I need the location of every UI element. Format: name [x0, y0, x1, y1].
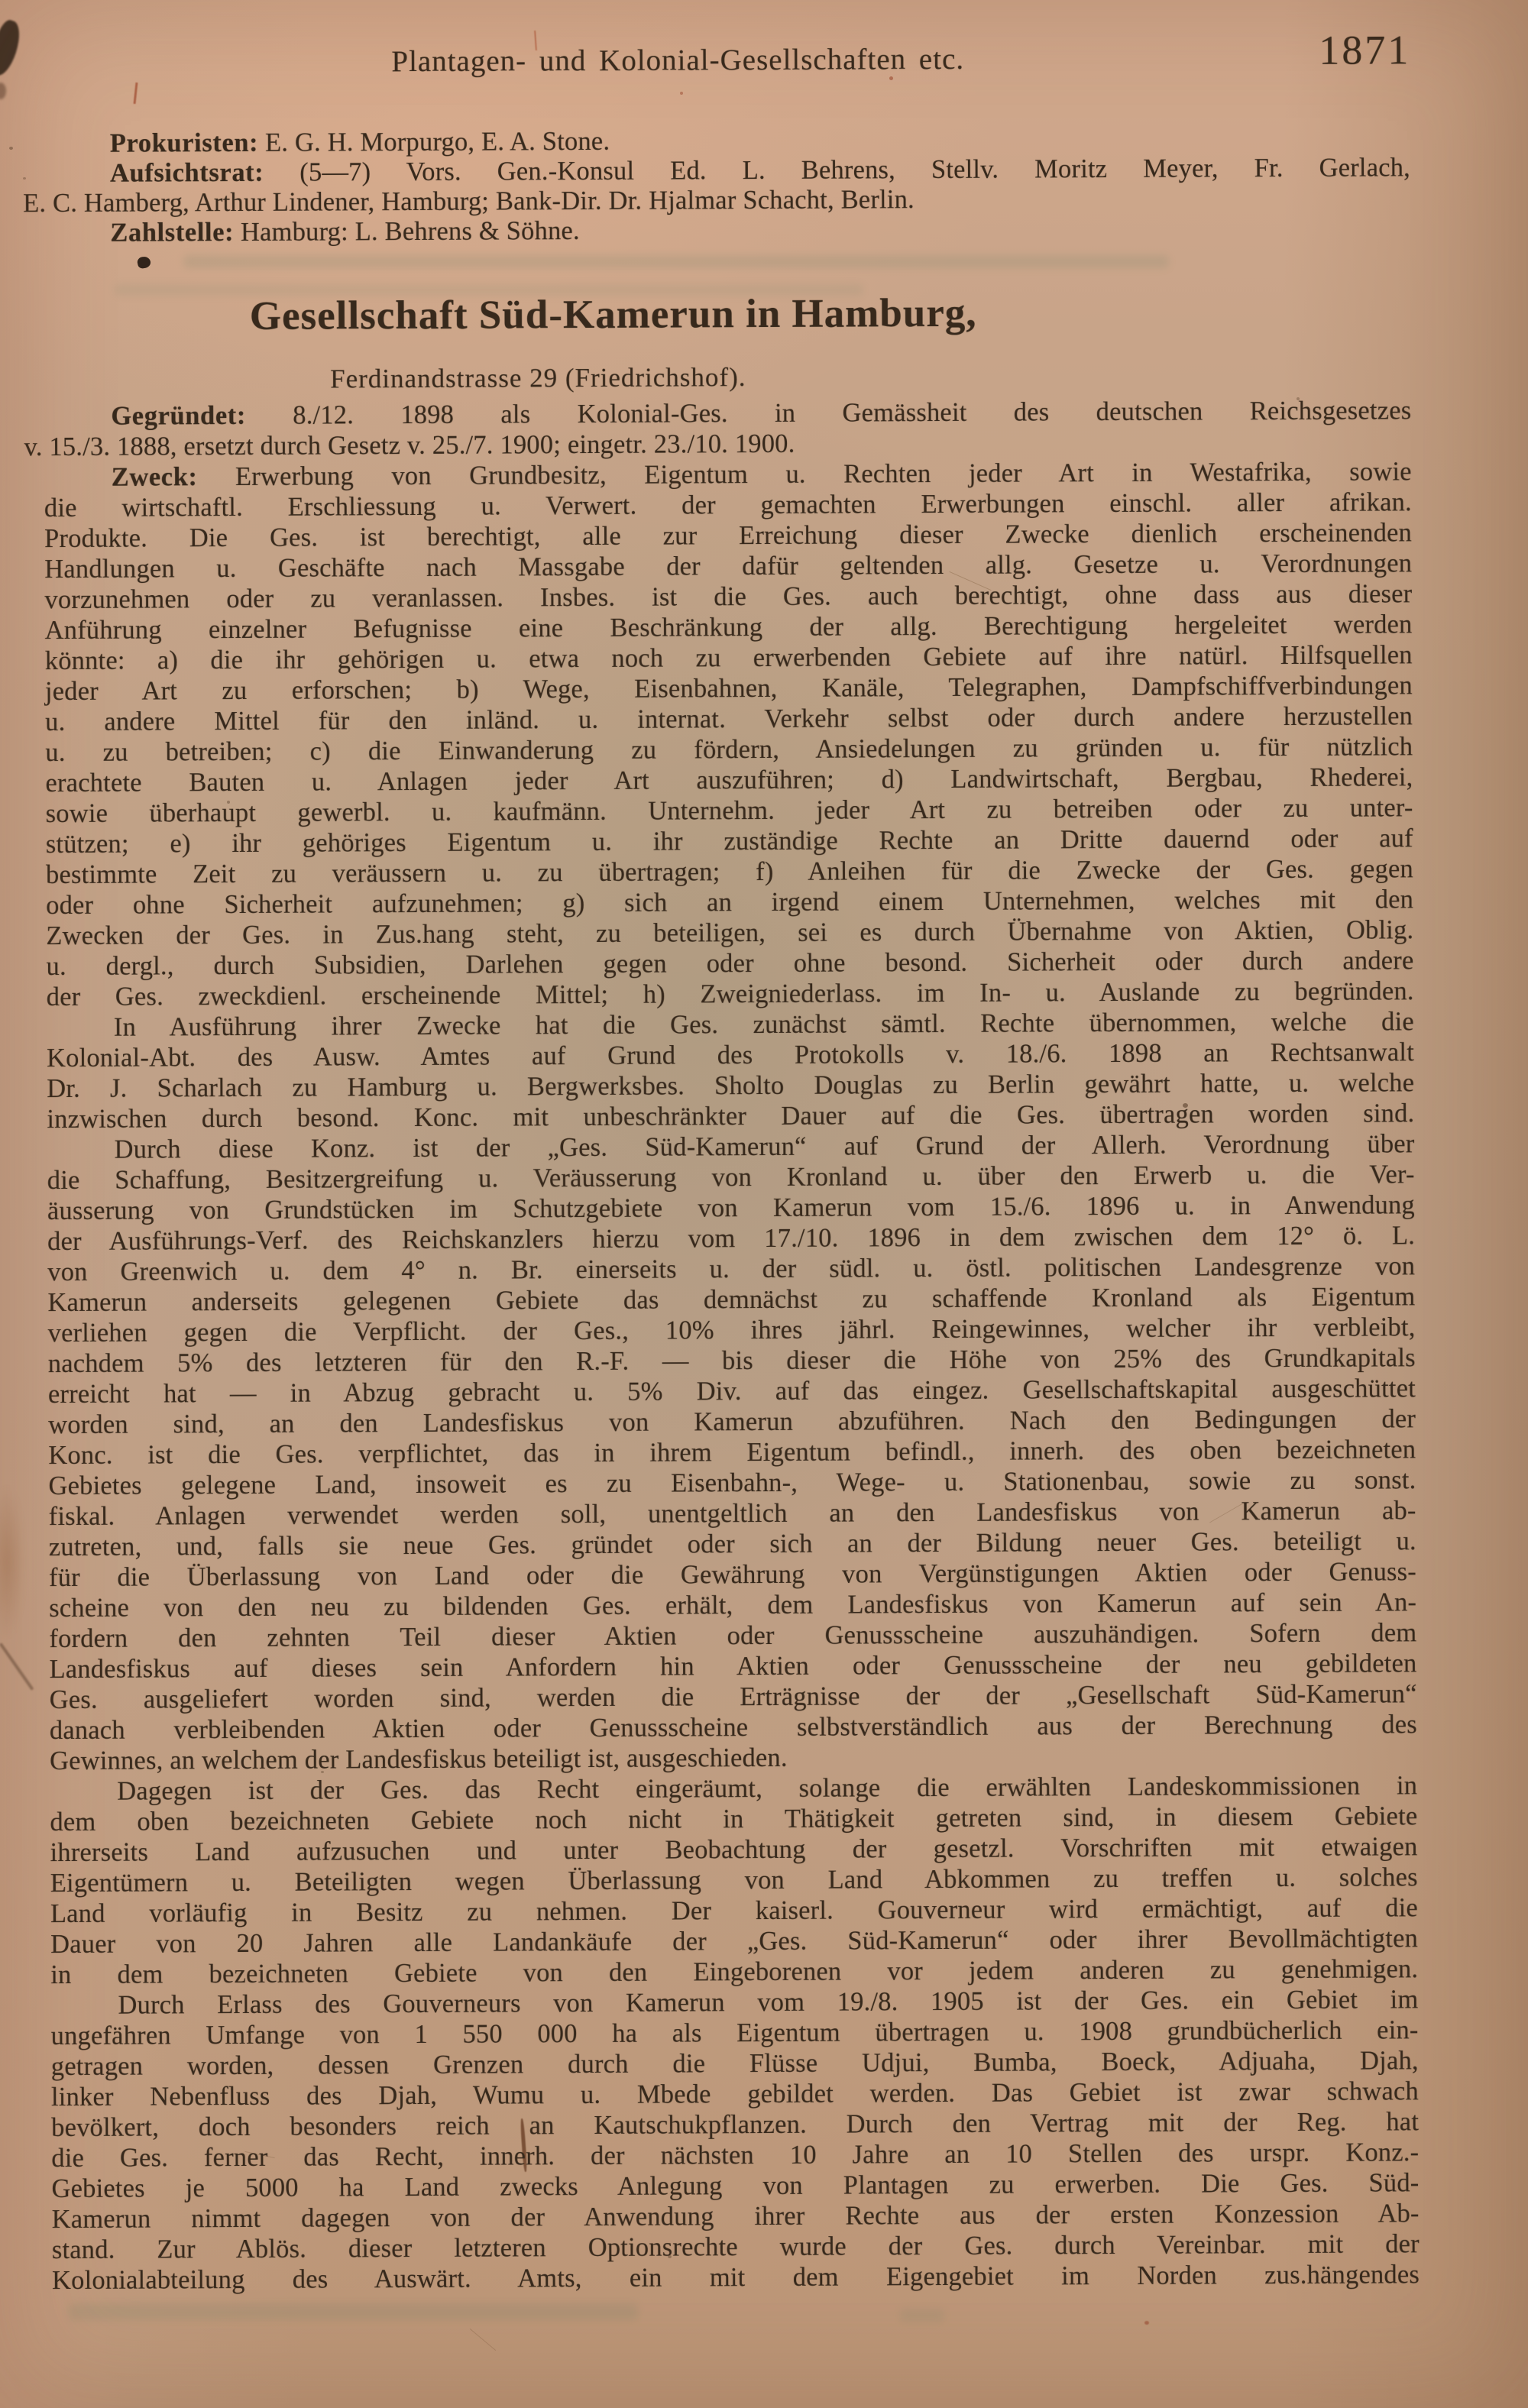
officers-block: Prokuristen: E. G. H. Morpurgo, E. A. St… [43, 123, 1411, 248]
text-line: Gegründet: 8./12. 1898 als Kolonial-Ges.… [44, 395, 1411, 432]
text-line: Kolonialabteilung des Auswärt. Amts, ein… [52, 2259, 1420, 2296]
text-line: Zahlstelle: Hamburg: L. Behrens & Söhne. [43, 212, 1410, 248]
scanned-book-page: Plantagen- und Kolonial-Gesellschaften e… [0, 0, 1528, 2408]
text-line: danach verbleibenden Aktien oder Genusss… [50, 1709, 1417, 1746]
body-text: Gegründet: 8./12. 1898 als Kolonial-Ges.… [44, 395, 1420, 2296]
company-title: Gesellschaft Süd-Kamerun in Hamburg, [250, 290, 977, 339]
text-line: Aufsichtsrat: (5—7) Vors. Gen.-Konsul Ed… [43, 153, 1410, 189]
page-content: Plantagen- und Kolonial-Gesellschaften e… [0, 0, 1528, 2408]
company-address: Ferdinandstrasse 29 (Friedrichshof). [330, 362, 746, 394]
running-head: Plantagen- und Kolonial-Gesellschaften e… [391, 42, 964, 79]
page-number: 1871 [1319, 26, 1410, 74]
